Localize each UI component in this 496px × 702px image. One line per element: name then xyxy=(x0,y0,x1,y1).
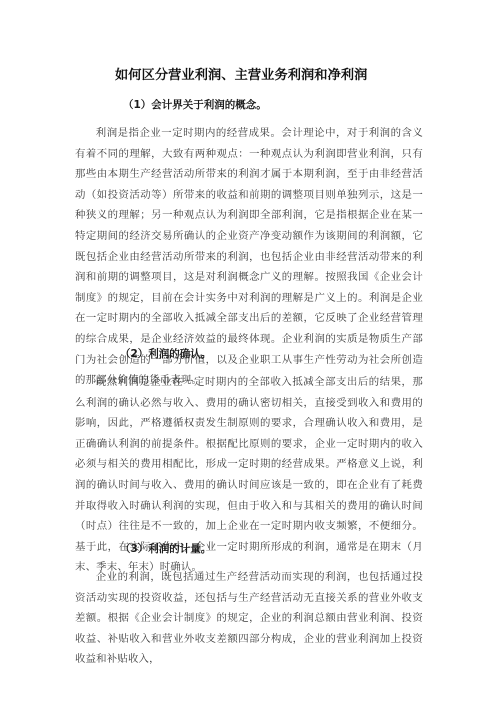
section-heading-recognition: （2）利润的确认。 xyxy=(120,346,211,361)
section-heading-measurement: （3）利润的计量。 xyxy=(120,541,211,556)
section-body-measurement: 企业的利润，既包括通过生产经营活动而实现的利润，也包括通过投资活动实现的投资收益… xyxy=(75,567,423,670)
document-title: 如何区分营业利润、主营业务利润和净利润 xyxy=(115,64,415,83)
section-heading-concept: （1）会计界关于利润的概念。 xyxy=(123,97,267,112)
